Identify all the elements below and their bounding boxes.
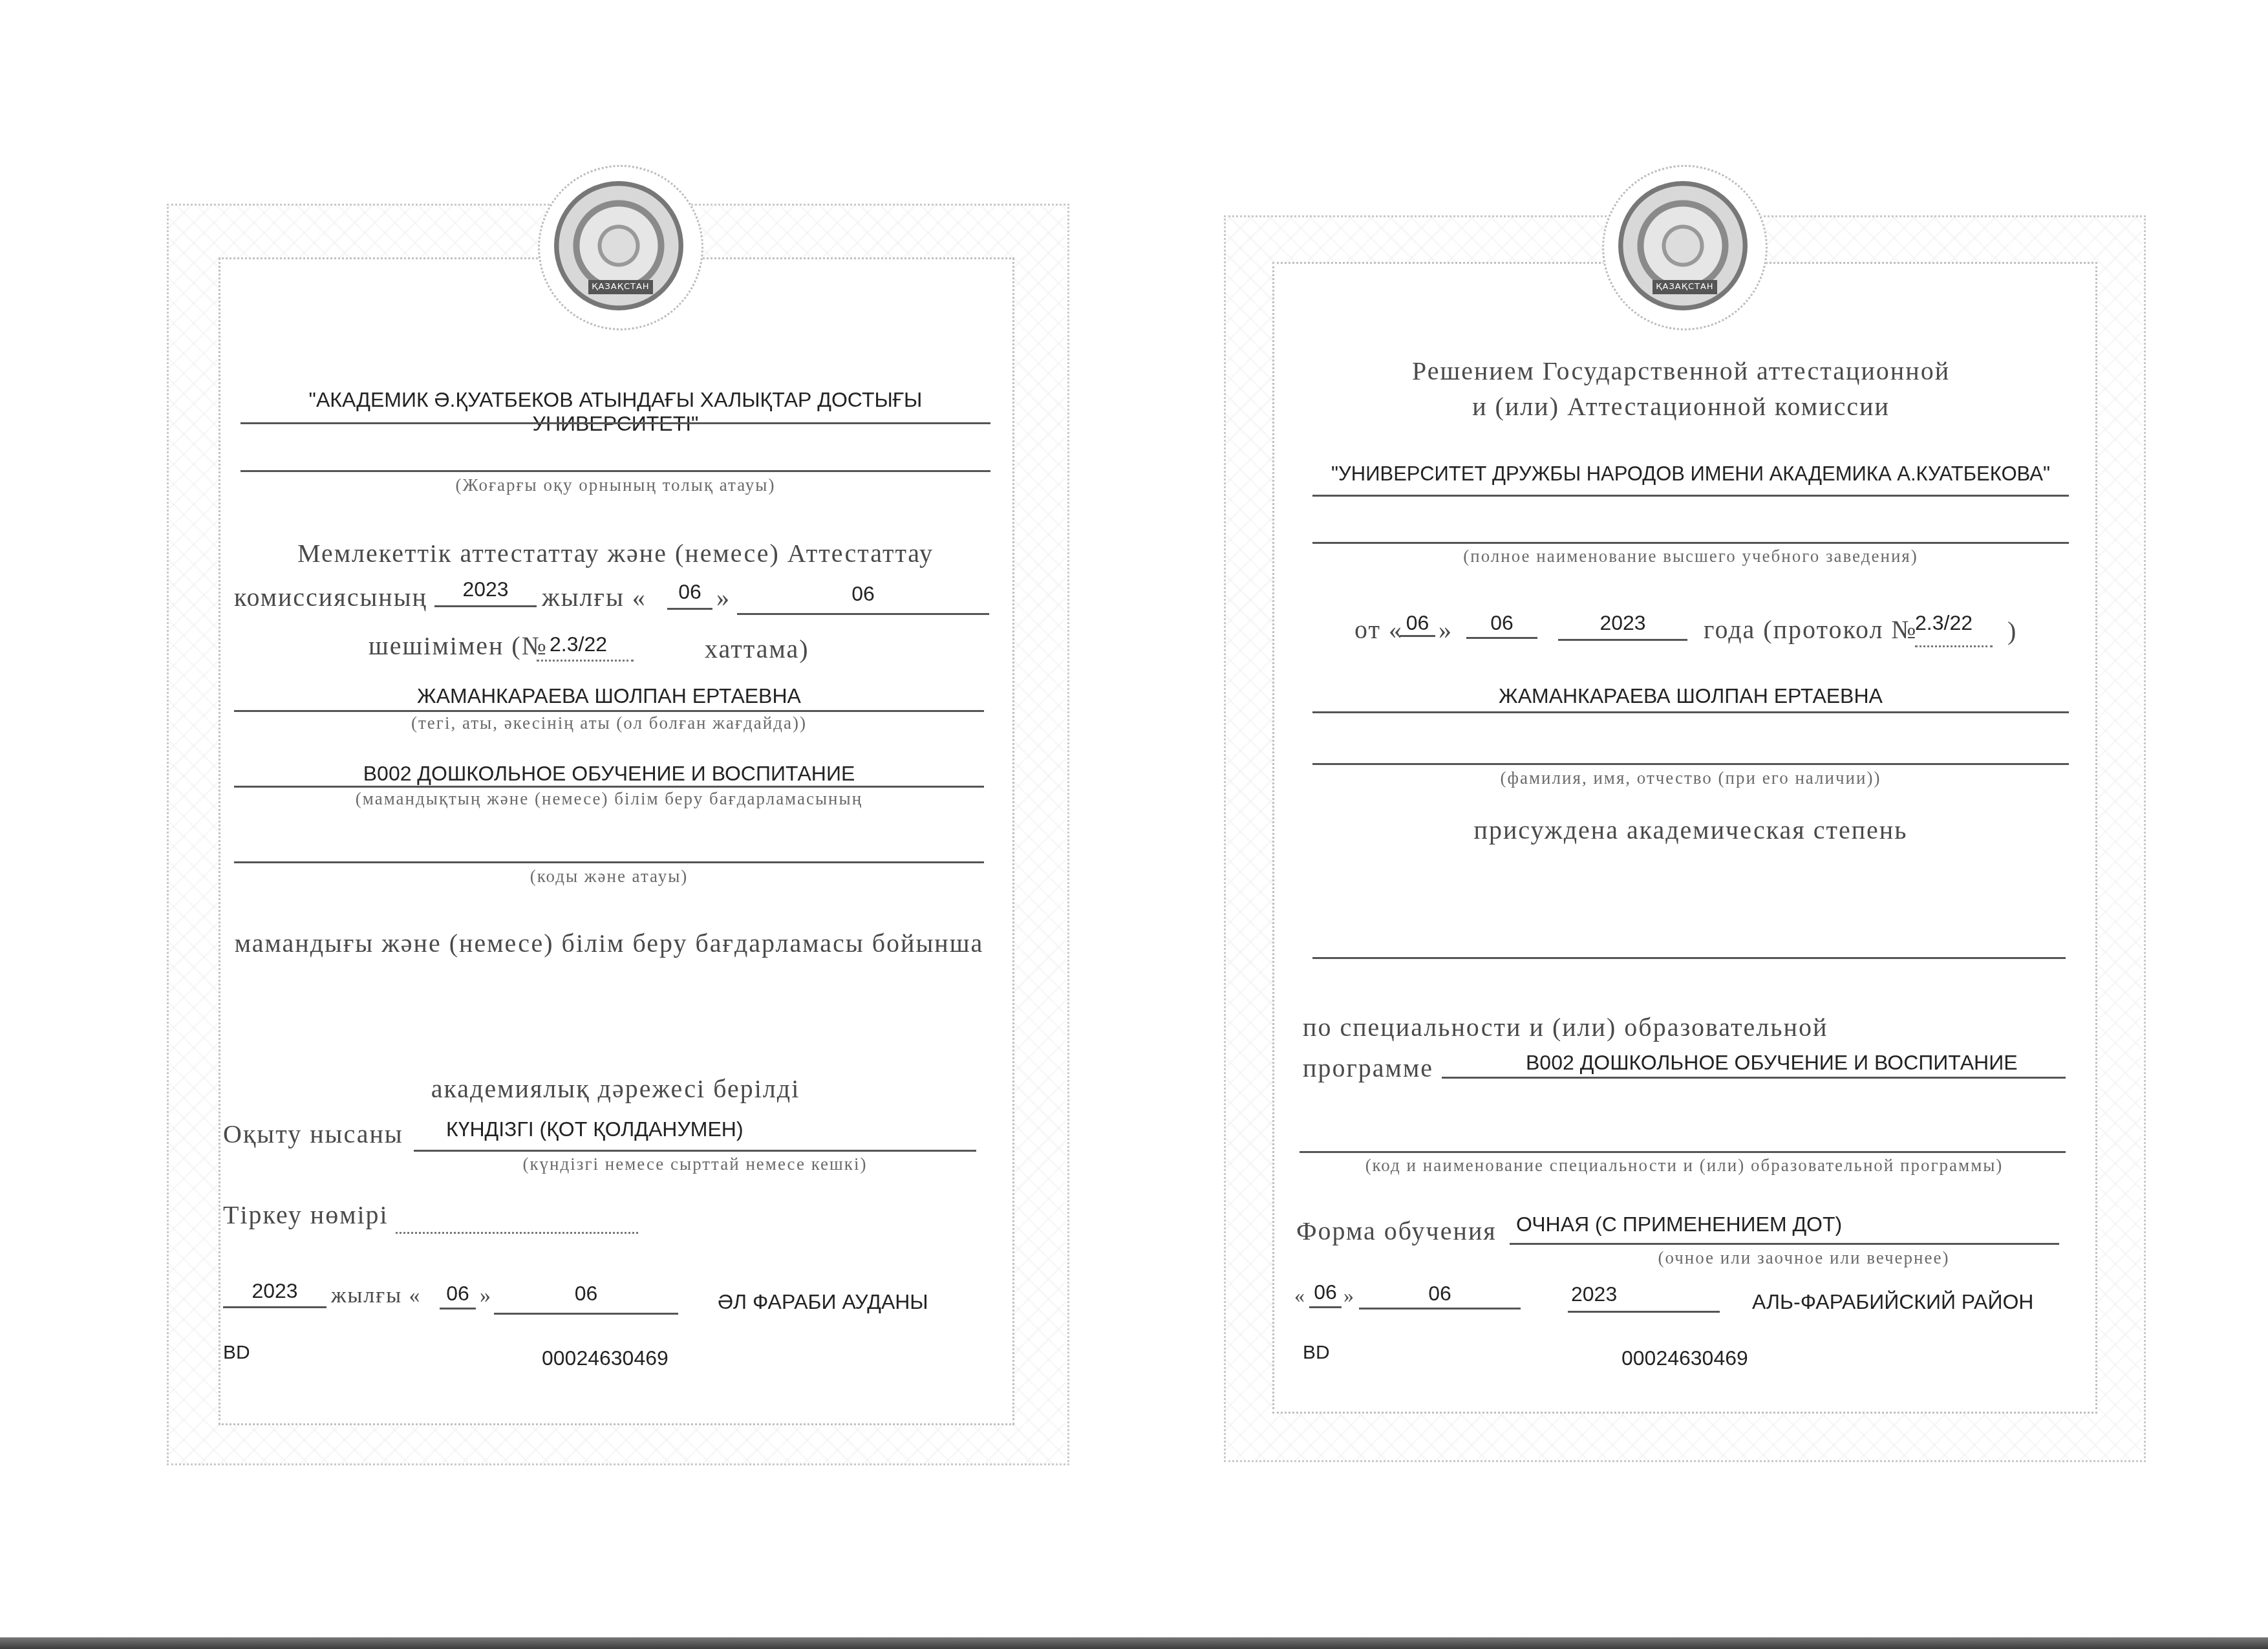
specialty-line: мамандығы және (немесе) білім беру бағда… — [228, 928, 990, 958]
issue-month-line — [494, 1313, 678, 1315]
right-date-day: 06 — [1400, 611, 1435, 635]
issue-quote-open: « — [1294, 1284, 1306, 1308]
commission-day-line — [667, 608, 712, 610]
commission-day: 06 — [667, 580, 712, 604]
right-university-caption: (полное наименование высшего учебного за… — [1312, 546, 2069, 566]
right-issue-place: АЛЬ-ФАРАБИЙСКИЙ РАЙОН — [1752, 1290, 2033, 1314]
specialty-line-1: по специальности и (или) образовательной — [1303, 1012, 1828, 1042]
commission-year-line — [434, 605, 537, 607]
date-prefix: от « — [1354, 614, 1403, 645]
degree-line: академиялық дәрежесі берілді — [241, 1073, 990, 1104]
left-issue-day: 06 — [440, 1282, 476, 1306]
right-issue-year-line — [1568, 1311, 1720, 1313]
left-full-name: ЖАМАНКАРАЕВА ШОЛПАН ЕРТАЕВНА — [234, 684, 984, 708]
program-label: программе — [1303, 1053, 1433, 1083]
issue-quote-close: » — [480, 1284, 492, 1308]
code-caption: (коды және атауы) — [234, 867, 984, 887]
right-protocol-number: 2.3/22 — [1915, 611, 1993, 635]
commission-line-1: Мемлекеттік аттестаттау және (немесе) Ат… — [241, 538, 990, 568]
right-degree-line: присуждена академическая степень — [1312, 815, 2069, 845]
issue-year-line — [223, 1306, 326, 1308]
university-name-line-2 — [241, 470, 990, 472]
program-line — [234, 786, 984, 788]
right-issue-quote-close: » — [1343, 1284, 1355, 1308]
quote-close: » — [716, 582, 731, 612]
right-issue-month: 06 — [1359, 1282, 1521, 1306]
left-program: В002 ДОШКОЛЬНОЕ ОБУЧЕНИЕ И ВОСПИТАНИЕ — [234, 762, 984, 786]
left-program-caption: (мамандықтың және (немесе) білім беру ба… — [234, 789, 984, 809]
date-day-line — [1400, 635, 1435, 637]
study-form-label: Оқыту нысаны — [223, 1119, 403, 1149]
left-issue-month: 06 — [494, 1282, 678, 1306]
left-protocol-number: 2.3/22 — [537, 632, 647, 656]
protocol-dotline — [537, 660, 634, 662]
right-date-month: 06 — [1466, 611, 1537, 635]
right-study-form: ОЧНАЯ (С ПРИМЕНЕНИЕМ ДОТ) — [1510, 1212, 2066, 1236]
full-name-line — [234, 710, 984, 712]
decision-line-2: и (или) Аттестационной комиссии — [1293, 391, 2069, 422]
university-caption: (Жоғарғы оқу орнының толық атауы) — [241, 475, 990, 495]
right-date-year: 2023 — [1558, 611, 1687, 635]
right-series: BD — [1303, 1342, 1330, 1364]
left-name-caption: (тегі, аты, әкесінің аты (ол болған жағд… — [234, 713, 984, 733]
right-study-form-label: Форма обучения — [1296, 1216, 1497, 1246]
right-issue-year: 2023 — [1568, 1282, 1723, 1306]
date-month-line — [1466, 637, 1537, 639]
protocol-close: ) — [2007, 616, 2017, 646]
right-issue-month-line — [1359, 1308, 1521, 1309]
commission-month-line — [737, 613, 989, 615]
right-program-line — [1442, 1077, 2066, 1079]
right-study-form-caption: (очное или заочное или вечернее) — [1642, 1248, 1965, 1268]
decision-line-1: Решением Государственной аттестационной — [1293, 356, 2069, 386]
right-serial-number: 00024630469 — [1621, 1346, 1748, 1370]
right-university-line-2 — [1312, 542, 2069, 544]
right-protocol-dotline — [1915, 645, 1993, 647]
left-issue-year: 2023 — [223, 1279, 326, 1303]
left-study-form: КҮНДІЗГІ (ҚОТ ҚОЛДАНУМЕН) — [414, 1117, 1015, 1141]
university-name-line — [241, 422, 990, 424]
university-name-kz: "АКАДЕМИК Ә.ҚУАТБЕКОВ АТЫНДАҒЫ ХАЛЫҚТАР … — [241, 388, 990, 436]
left-issue-place: ӘЛ ФАРАБИ АУДАНЫ — [718, 1290, 928, 1314]
protocol-label: года (протокол № — [1704, 614, 1918, 645]
year-word: жылғы « — [542, 582, 647, 612]
program-line-2 — [234, 861, 984, 863]
right-issue-day: 06 — [1309, 1280, 1342, 1304]
right-university-line — [1312, 495, 2069, 497]
right-full-name-line — [1312, 711, 2069, 713]
university-name-ru: "УНИВЕРСИТЕТ ДРУЖБЫ НАРОДОВ ИМЕНИ АКАДЕМ… — [1312, 462, 2069, 486]
issue-year-word: жылғы « — [331, 1284, 422, 1308]
degree-line-blank — [1312, 957, 2066, 959]
registration-label: Тіркеу нөмірі — [223, 1200, 389, 1230]
commission-label: комиссиясының — [234, 582, 427, 612]
right-name-caption: (фамилия, имя, отчество (при его наличии… — [1312, 768, 2069, 788]
right-program-caption: (код и наименование специальности и (или… — [1300, 1156, 2069, 1176]
state-emblem-icon: ҚАЗАҚСТАН — [538, 165, 703, 330]
right-full-name-line-2 — [1312, 763, 2069, 765]
right-study-form-line — [1510, 1243, 2059, 1245]
scanner-edge — [0, 1637, 2268, 1649]
left-study-form-caption: (күндізгі немесе сырттай немесе кешкі) — [414, 1154, 976, 1174]
issue-day-line — [440, 1308, 476, 1309]
left-serial-number: 00024630469 — [542, 1346, 669, 1370]
date-quote-close: » — [1439, 614, 1453, 645]
commission-month: 06 — [737, 582, 989, 606]
study-form-line — [414, 1150, 976, 1152]
right-issue-day-line — [1309, 1306, 1342, 1308]
date-year-line — [1558, 639, 1687, 641]
registration-dotline — [396, 1232, 638, 1234]
protocol-word: хаттама) — [705, 634, 809, 664]
decision-label: шешімімен (№ — [369, 630, 548, 661]
commission-year: 2023 — [434, 577, 537, 601]
right-program-line-2 — [1300, 1151, 2066, 1153]
state-emblem-icon: ҚАЗАҚСТАН — [1602, 165, 1768, 330]
right-program: В002 ДОШКОЛЬНОЕ ОБУЧЕНИЕ И ВОСПИТАНИЕ — [1442, 1051, 2153, 1075]
right-full-name: ЖАМАНКАРАЕВА ШОЛПАН ЕРТАЕВНА — [1312, 684, 2069, 708]
left-series: BD — [223, 1342, 250, 1364]
